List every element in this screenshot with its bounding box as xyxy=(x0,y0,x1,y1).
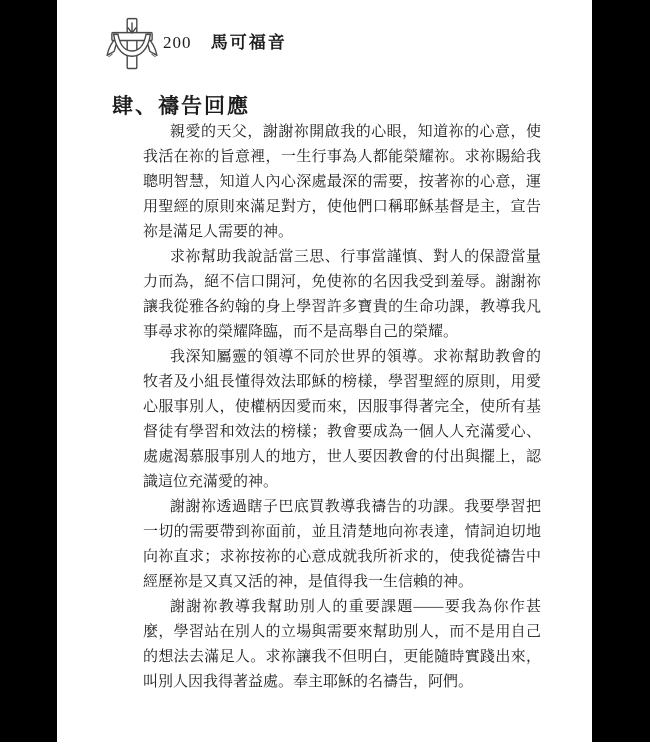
page-number: 200 xyxy=(163,33,192,52)
section-title: 肆、禱告回應 xyxy=(112,90,250,120)
text-line: 叫別人因我得著益處。奉主耶穌的名禱告，阿們。 xyxy=(143,670,541,695)
text-line: 聰明智慧，知道人內心深處最深的需要，按著祢的心意，運 xyxy=(143,170,541,195)
text-line: 求祢幫助我說話當三思、行事當謹慎、對人的保證當量 xyxy=(143,245,541,270)
text-line: 督徒有學習和效法的榜樣；教會要成為一個人人充滿愛心、 xyxy=(143,420,541,445)
text-line: 處處渴慕服事別人的地方，世人要因教會的付出與擺上，認 xyxy=(143,445,541,470)
left-black-margin-bar xyxy=(0,0,57,742)
text-line: 一切的需要帶到祢面前，並且清楚地向祢表達，情詞迫切地 xyxy=(143,520,541,545)
text-line: 心服事別人，使權柄因愛而來，因服事得著完全，使所有基 xyxy=(143,395,541,420)
text-line: 向祢直求；求祢按祢的心意成就我所祈求的，使我從禱告中 xyxy=(143,545,541,570)
text-line: 我活在祢的旨意裡，一生行事為人都能榮耀祢。求祢賜給我 xyxy=(143,145,541,170)
book-title: 馬可福音 xyxy=(211,33,287,52)
text-line: 親愛的天父，謝謝祢開啟我的心眼，知道祢的心意，使 xyxy=(143,120,541,145)
text-line: 用聖經的原則來滿足對方，使他們口稱耶穌基督是主，宣告 xyxy=(143,195,541,220)
text-line: 力而為，絕不信口開河，免使祢的名因我受到羞辱。謝謝祢 xyxy=(143,270,541,295)
text-line: 牧者及小組長懂得效法耶穌的榜樣，學習聖經的原則，用愛 xyxy=(143,370,541,395)
text-line: 的想法去滿足人。求祢讓我不但明白，更能隨時實踐出來， xyxy=(143,645,541,670)
text-line: 我深知屬靈的領導不同於世界的領導。求祢幫助教會的 xyxy=(143,345,541,370)
text-line: 祢是滿足人需要的神。 xyxy=(143,220,541,245)
body-text: 親愛的天父，謝謝祢開啟我的心眼，知道祢的心意，使我活在祢的旨意裡，一生行事為人都… xyxy=(143,120,541,695)
text-line: 事尋求祢的榮耀降臨，而不是高舉自己的榮耀。 xyxy=(143,320,541,345)
text-line: 謝謝祢教導我幫助別人的重要課題——要我為你作甚 xyxy=(143,595,541,620)
text-line: 讓我從雅各約翰的身上學習許多寶貴的生命功課，教導我凡 xyxy=(143,295,541,320)
cross-with-drape-icon xyxy=(104,16,160,72)
text-line: 謝謝祢透過瞎子巴底買教導我禱告的功課。我要學習把 xyxy=(143,495,541,520)
book-page: 200 馬可福音 肆、禱告回應 親愛的天父，謝謝祢開啟我的心眼，知道祢的心意，使… xyxy=(0,0,650,750)
text-line: 識這位充滿愛的神。 xyxy=(143,470,541,495)
page-header: 200 馬可福音 xyxy=(163,28,287,53)
text-line: 經歷祢是又真又活的神，是值得我一生信賴的神。 xyxy=(143,570,541,595)
text-line: 麼，學習站在別人的立場與需要來幫助別人，而不是用自己 xyxy=(143,620,541,645)
right-black-margin-bar xyxy=(592,0,650,742)
